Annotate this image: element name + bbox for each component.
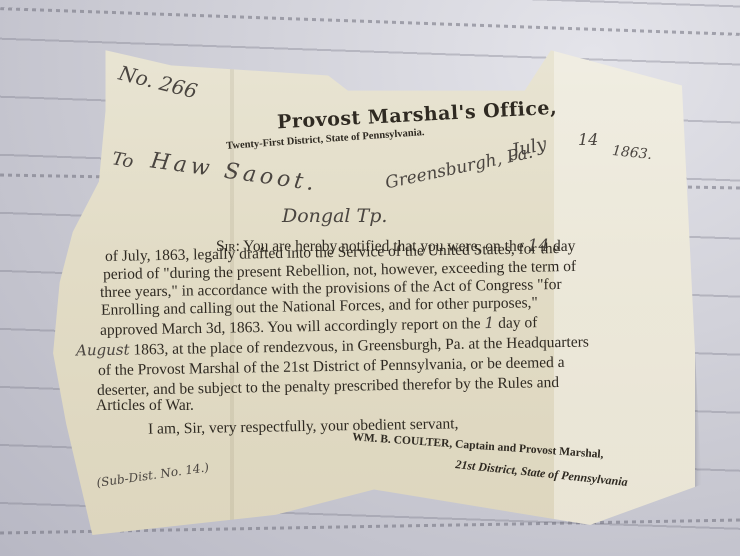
addressee-township: Dongal Tp. xyxy=(282,205,387,227)
report-day: 1 xyxy=(484,314,494,332)
date-day: 14 xyxy=(578,130,598,149)
report-month: August xyxy=(76,341,130,360)
report-suffix: day of xyxy=(498,314,537,332)
body-line-9: Articles of War. xyxy=(96,397,194,414)
cloth-stitch-top xyxy=(0,7,740,36)
addressee-prefix: To xyxy=(110,148,135,172)
